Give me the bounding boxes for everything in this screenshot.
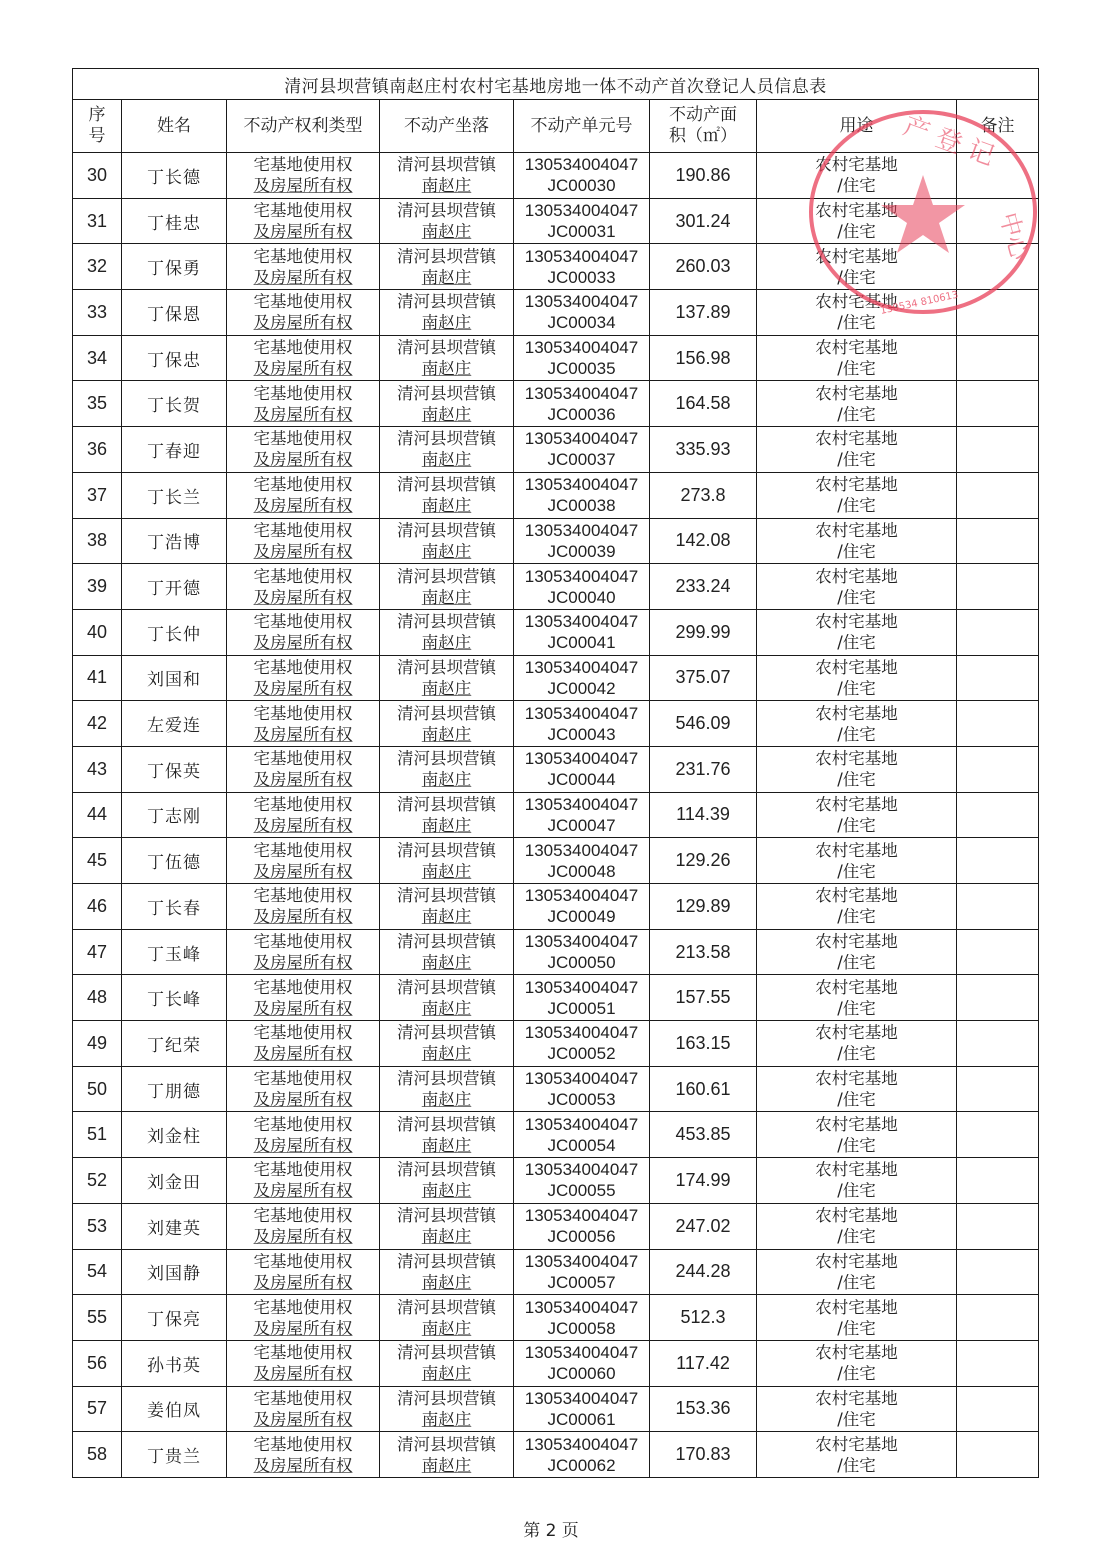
cell-right-type: 宅基地使用权及房屋所有权 xyxy=(227,381,380,427)
cell-area: 164.58 xyxy=(650,381,757,427)
cell-area: 335.93 xyxy=(650,427,757,473)
cell-seq: 48 xyxy=(73,975,122,1021)
cell-use: 农村宅基地/住宅 xyxy=(757,1112,957,1158)
header-row: 序 号 姓名 不动产权利类型 不动产坐落 不动产单元号 不动产面 积（㎡） 用途… xyxy=(73,100,1039,153)
cell-name: 丁长春 xyxy=(122,884,227,930)
cell-note xyxy=(957,1295,1039,1341)
cell-unit-no: 130534004047JC00062 xyxy=(514,1432,650,1478)
table-row: 44丁志刚宅基地使用权及房屋所有权清河县坝营镇南赵庄130534004047JC… xyxy=(73,792,1039,838)
cell-unit-no: 130534004047JC00033 xyxy=(514,244,650,290)
cell-area: 114.39 xyxy=(650,792,757,838)
cell-name: 丁朋德 xyxy=(122,1066,227,1112)
cell-location: 清河县坝营镇南赵庄 xyxy=(380,655,514,701)
cell-right-type: 宅基地使用权及房屋所有权 xyxy=(227,153,380,199)
cell-use: 农村宅基地/住宅 xyxy=(757,290,957,336)
cell-unit-no: 130534004047JC00040 xyxy=(514,564,650,610)
cell-seq: 36 xyxy=(73,427,122,473)
cell-seq: 38 xyxy=(73,518,122,564)
cell-use: 农村宅基地/住宅 xyxy=(757,929,957,975)
cell-right-type: 宅基地使用权及房屋所有权 xyxy=(227,1340,380,1386)
table-row: 38丁浩博宅基地使用权及房屋所有权清河县坝营镇南赵庄130534004047JC… xyxy=(73,518,1039,564)
cell-name: 丁浩博 xyxy=(122,518,227,564)
cell-area: 375.07 xyxy=(650,655,757,701)
cell-area: 117.42 xyxy=(650,1340,757,1386)
cell-unit-no: 130534004047JC00051 xyxy=(514,975,650,1021)
table-row: 36丁春迎宅基地使用权及房屋所有权清河县坝营镇南赵庄130534004047JC… xyxy=(73,427,1039,473)
cell-name: 丁玉峰 xyxy=(122,929,227,975)
cell-area: 174.99 xyxy=(650,1158,757,1204)
table-row: 42左爱连宅基地使用权及房屋所有权清河县坝营镇南赵庄130534004047JC… xyxy=(73,701,1039,747)
table-row: 54刘国静宅基地使用权及房屋所有权清河县坝营镇南赵庄130534004047JC… xyxy=(73,1249,1039,1295)
table-row: 49丁纪荣宅基地使用权及房屋所有权清河县坝营镇南赵庄130534004047JC… xyxy=(73,1021,1039,1067)
cell-note xyxy=(957,1386,1039,1432)
cell-note xyxy=(957,929,1039,975)
cell-location: 清河县坝营镇南赵庄 xyxy=(380,381,514,427)
cell-unit-no: 130534004047JC00043 xyxy=(514,701,650,747)
cell-note xyxy=(957,701,1039,747)
cell-area: 512.3 xyxy=(650,1295,757,1341)
cell-seq: 53 xyxy=(73,1203,122,1249)
cell-location: 清河县坝营镇南赵庄 xyxy=(380,427,514,473)
cell-use: 农村宅基地/住宅 xyxy=(757,1158,957,1204)
cell-note xyxy=(957,655,1039,701)
table-row: 34丁保忠宅基地使用权及房屋所有权清河县坝营镇南赵庄130534004047JC… xyxy=(73,335,1039,381)
cell-use: 农村宅基地/住宅 xyxy=(757,701,957,747)
cell-area: 142.08 xyxy=(650,518,757,564)
table-row: 52刘金田宅基地使用权及房屋所有权清河县坝营镇南赵庄130534004047JC… xyxy=(73,1158,1039,1204)
cell-seq: 41 xyxy=(73,655,122,701)
cell-name: 刘建英 xyxy=(122,1203,227,1249)
document-sheet: 清河县坝营镇南赵庄村农村宅基地房地一体不动产首次登记人员信息表 序 号 姓名 不… xyxy=(72,68,1038,1478)
cell-right-type: 宅基地使用权及房屋所有权 xyxy=(227,609,380,655)
cell-unit-no: 130534004047JC00050 xyxy=(514,929,650,975)
cell-location: 清河县坝营镇南赵庄 xyxy=(380,1386,514,1432)
cell-area: 301.24 xyxy=(650,198,757,244)
cell-area: 129.89 xyxy=(650,884,757,930)
cell-seq: 30 xyxy=(73,153,122,199)
cell-note xyxy=(957,1340,1039,1386)
cell-name: 刘国静 xyxy=(122,1249,227,1295)
cell-note xyxy=(957,1203,1039,1249)
cell-right-type: 宅基地使用权及房屋所有权 xyxy=(227,198,380,244)
cell-unit-no: 130534004047JC00037 xyxy=(514,427,650,473)
cell-use: 农村宅基地/住宅 xyxy=(757,655,957,701)
cell-unit-no: 130534004047JC00054 xyxy=(514,1112,650,1158)
cell-location: 清河县坝营镇南赵庄 xyxy=(380,838,514,884)
cell-location: 清河县坝营镇南赵庄 xyxy=(380,1203,514,1249)
table-row: 48丁长峰宅基地使用权及房屋所有权清河县坝营镇南赵庄130534004047JC… xyxy=(73,975,1039,1021)
cell-location: 清河县坝营镇南赵庄 xyxy=(380,1021,514,1067)
cell-area: 163.15 xyxy=(650,1021,757,1067)
cell-name: 丁保勇 xyxy=(122,244,227,290)
cell-right-type: 宅基地使用权及房屋所有权 xyxy=(227,1386,380,1432)
cell-note xyxy=(957,609,1039,655)
cell-area: 156.98 xyxy=(650,335,757,381)
table-row: 45丁伍德宅基地使用权及房屋所有权清河县坝营镇南赵庄130534004047JC… xyxy=(73,838,1039,884)
cell-seq: 44 xyxy=(73,792,122,838)
cell-right-type: 宅基地使用权及房屋所有权 xyxy=(227,838,380,884)
cell-right-type: 宅基地使用权及房屋所有权 xyxy=(227,335,380,381)
cell-right-type: 宅基地使用权及房屋所有权 xyxy=(227,472,380,518)
cell-use: 农村宅基地/住宅 xyxy=(757,1203,957,1249)
registration-table: 清河县坝营镇南赵庄村农村宅基地房地一体不动产首次登记人员信息表 序 号 姓名 不… xyxy=(72,68,1039,1478)
cell-right-type: 宅基地使用权及房屋所有权 xyxy=(227,1249,380,1295)
cell-unit-no: 130534004047JC00031 xyxy=(514,198,650,244)
cell-unit-no: 130534004047JC00044 xyxy=(514,746,650,792)
cell-seq: 57 xyxy=(73,1386,122,1432)
table-row: 57姜伯凤宅基地使用权及房屋所有权清河县坝营镇南赵庄130534004047JC… xyxy=(73,1386,1039,1432)
cell-unit-no: 130534004047JC00047 xyxy=(514,792,650,838)
table-row: 55丁保亮宅基地使用权及房屋所有权清河县坝营镇南赵庄130534004047JC… xyxy=(73,1295,1039,1341)
cell-area: 157.55 xyxy=(650,975,757,1021)
header-name: 姓名 xyxy=(122,100,227,153)
cell-unit-no: 130534004047JC00052 xyxy=(514,1021,650,1067)
cell-seq: 33 xyxy=(73,290,122,336)
cell-right-type: 宅基地使用权及房屋所有权 xyxy=(227,655,380,701)
cell-use: 农村宅基地/住宅 xyxy=(757,975,957,1021)
cell-location: 清河县坝营镇南赵庄 xyxy=(380,290,514,336)
cell-name: 丁春迎 xyxy=(122,427,227,473)
cell-seq: 52 xyxy=(73,1158,122,1204)
cell-note xyxy=(957,381,1039,427)
cell-area: 137.89 xyxy=(650,290,757,336)
cell-location: 清河县坝营镇南赵庄 xyxy=(380,1066,514,1112)
table-row: 43丁保英宅基地使用权及房屋所有权清河县坝营镇南赵庄130534004047JC… xyxy=(73,746,1039,792)
cell-right-type: 宅基地使用权及房屋所有权 xyxy=(227,1432,380,1478)
cell-right-type: 宅基地使用权及房屋所有权 xyxy=(227,701,380,747)
cell-seq: 50 xyxy=(73,1066,122,1112)
cell-use: 农村宅基地/住宅 xyxy=(757,1386,957,1432)
cell-unit-no: 130534004047JC00058 xyxy=(514,1295,650,1341)
cell-seq: 40 xyxy=(73,609,122,655)
cell-name: 姜伯凤 xyxy=(122,1386,227,1432)
cell-name: 丁保忠 xyxy=(122,335,227,381)
cell-name: 刘金田 xyxy=(122,1158,227,1204)
header-seq: 序 号 xyxy=(73,100,122,153)
cell-location: 清河县坝营镇南赵庄 xyxy=(380,884,514,930)
cell-right-type: 宅基地使用权及房屋所有权 xyxy=(227,1021,380,1067)
table-row: 40丁长仲宅基地使用权及房屋所有权清河县坝营镇南赵庄130534004047JC… xyxy=(73,609,1039,655)
cell-unit-no: 130534004047JC00039 xyxy=(514,518,650,564)
cell-area: 233.24 xyxy=(650,564,757,610)
cell-right-type: 宅基地使用权及房屋所有权 xyxy=(227,1112,380,1158)
cell-unit-no: 130534004047JC00055 xyxy=(514,1158,650,1204)
cell-location: 清河县坝营镇南赵庄 xyxy=(380,244,514,290)
cell-area: 231.76 xyxy=(650,746,757,792)
cell-name: 丁开德 xyxy=(122,564,227,610)
cell-seq: 58 xyxy=(73,1432,122,1478)
cell-area: 273.8 xyxy=(650,472,757,518)
cell-name: 丁长峰 xyxy=(122,975,227,1021)
cell-seq: 55 xyxy=(73,1295,122,1341)
cell-right-type: 宅基地使用权及房屋所有权 xyxy=(227,518,380,564)
cell-area: 546.09 xyxy=(650,701,757,747)
cell-location: 清河县坝营镇南赵庄 xyxy=(380,1295,514,1341)
cell-area: 213.58 xyxy=(650,929,757,975)
cell-name: 丁志刚 xyxy=(122,792,227,838)
cell-seq: 49 xyxy=(73,1021,122,1067)
cell-use: 农村宅基地/住宅 xyxy=(757,792,957,838)
cell-seq: 37 xyxy=(73,472,122,518)
cell-area: 299.99 xyxy=(650,609,757,655)
cell-note xyxy=(957,244,1039,290)
cell-right-type: 宅基地使用权及房屋所有权 xyxy=(227,427,380,473)
cell-name: 丁纪荣 xyxy=(122,1021,227,1067)
cell-unit-no: 130534004047JC00060 xyxy=(514,1340,650,1386)
cell-note xyxy=(957,427,1039,473)
cell-name: 丁长德 xyxy=(122,153,227,199)
cell-unit-no: 130534004047JC00036 xyxy=(514,381,650,427)
cell-area: 260.03 xyxy=(650,244,757,290)
cell-name: 左爱连 xyxy=(122,701,227,747)
cell-right-type: 宅基地使用权及房屋所有权 xyxy=(227,792,380,838)
cell-note xyxy=(957,153,1039,199)
header-note: 备注 xyxy=(957,100,1039,153)
cell-note xyxy=(957,1158,1039,1204)
cell-right-type: 宅基地使用权及房屋所有权 xyxy=(227,1066,380,1112)
cell-note xyxy=(957,472,1039,518)
header-location: 不动产坐落 xyxy=(380,100,514,153)
cell-seq: 43 xyxy=(73,746,122,792)
table-row: 37丁长兰宅基地使用权及房屋所有权清河县坝营镇南赵庄130534004047JC… xyxy=(73,472,1039,518)
table-row: 33丁保恩宅基地使用权及房屋所有权清河县坝营镇南赵庄130534004047JC… xyxy=(73,290,1039,336)
cell-unit-no: 130534004047JC00035 xyxy=(514,335,650,381)
cell-note xyxy=(957,564,1039,610)
cell-use: 农村宅基地/住宅 xyxy=(757,244,957,290)
cell-location: 清河县坝营镇南赵庄 xyxy=(380,1112,514,1158)
cell-use: 农村宅基地/住宅 xyxy=(757,838,957,884)
cell-name: 丁保恩 xyxy=(122,290,227,336)
cell-unit-no: 130534004047JC00049 xyxy=(514,884,650,930)
cell-area: 190.86 xyxy=(650,153,757,199)
header-area: 不动产面 积（㎡） xyxy=(650,100,757,153)
table-body: 30丁长德宅基地使用权及房屋所有权清河县坝营镇南赵庄130534004047JC… xyxy=(73,153,1039,1478)
cell-seq: 46 xyxy=(73,884,122,930)
table-row: 46丁长春宅基地使用权及房屋所有权清河县坝营镇南赵庄130534004047JC… xyxy=(73,884,1039,930)
table-row: 31丁桂忠宅基地使用权及房屋所有权清河县坝营镇南赵庄130534004047JC… xyxy=(73,198,1039,244)
cell-area: 170.83 xyxy=(650,1432,757,1478)
table-row: 35丁长贺宅基地使用权及房屋所有权清河县坝营镇南赵庄130534004047JC… xyxy=(73,381,1039,427)
cell-unit-no: 130534004047JC00038 xyxy=(514,472,650,518)
cell-location: 清河县坝营镇南赵庄 xyxy=(380,335,514,381)
cell-name: 丁保亮 xyxy=(122,1295,227,1341)
cell-use: 农村宅基地/住宅 xyxy=(757,1340,957,1386)
cell-location: 清河县坝营镇南赵庄 xyxy=(380,472,514,518)
cell-use: 农村宅基地/住宅 xyxy=(757,518,957,564)
table-row: 53刘建英宅基地使用权及房屋所有权清河县坝营镇南赵庄130534004047JC… xyxy=(73,1203,1039,1249)
table-row: 58丁贵兰宅基地使用权及房屋所有权清河县坝营镇南赵庄130534004047JC… xyxy=(73,1432,1039,1478)
cell-area: 247.02 xyxy=(650,1203,757,1249)
table-row: 39丁开德宅基地使用权及房屋所有权清河县坝营镇南赵庄130534004047JC… xyxy=(73,564,1039,610)
cell-location: 清河县坝营镇南赵庄 xyxy=(380,746,514,792)
cell-right-type: 宅基地使用权及房屋所有权 xyxy=(227,1295,380,1341)
cell-location: 清河县坝营镇南赵庄 xyxy=(380,1158,514,1204)
table-row: 41刘国和宅基地使用权及房屋所有权清河县坝营镇南赵庄130534004047JC… xyxy=(73,655,1039,701)
cell-name: 丁长仲 xyxy=(122,609,227,655)
cell-unit-no: 130534004047JC00056 xyxy=(514,1203,650,1249)
header-use: 用途 xyxy=(757,100,957,153)
cell-use: 农村宅基地/住宅 xyxy=(757,746,957,792)
cell-note xyxy=(957,1249,1039,1295)
cell-seq: 34 xyxy=(73,335,122,381)
cell-note xyxy=(957,1112,1039,1158)
cell-note xyxy=(957,1021,1039,1067)
cell-location: 清河县坝营镇南赵庄 xyxy=(380,564,514,610)
cell-note xyxy=(957,290,1039,336)
table-row: 47丁玉峰宅基地使用权及房屋所有权清河县坝营镇南赵庄130534004047JC… xyxy=(73,929,1039,975)
cell-location: 清河县坝营镇南赵庄 xyxy=(380,153,514,199)
cell-unit-no: 130534004047JC00048 xyxy=(514,838,650,884)
cell-note xyxy=(957,1066,1039,1112)
table-row: 51刘金柱宅基地使用权及房屋所有权清河县坝营镇南赵庄130534004047JC… xyxy=(73,1112,1039,1158)
cell-right-type: 宅基地使用权及房屋所有权 xyxy=(227,884,380,930)
cell-location: 清河县坝营镇南赵庄 xyxy=(380,1249,514,1295)
header-unit-no: 不动产单元号 xyxy=(514,100,650,153)
table-row: 56孙书英宅基地使用权及房屋所有权清河县坝营镇南赵庄130534004047JC… xyxy=(73,1340,1039,1386)
cell-location: 清河县坝营镇南赵庄 xyxy=(380,518,514,564)
cell-seq: 31 xyxy=(73,198,122,244)
cell-name: 丁伍德 xyxy=(122,838,227,884)
cell-use: 农村宅基地/住宅 xyxy=(757,1432,957,1478)
cell-name: 刘国和 xyxy=(122,655,227,701)
cell-right-type: 宅基地使用权及房屋所有权 xyxy=(227,1203,380,1249)
cell-seq: 42 xyxy=(73,701,122,747)
cell-unit-no: 130534004047JC00061 xyxy=(514,1386,650,1432)
cell-name: 丁长贺 xyxy=(122,381,227,427)
cell-use: 农村宅基地/住宅 xyxy=(757,198,957,244)
cell-unit-no: 130534004047JC00034 xyxy=(514,290,650,336)
cell-note xyxy=(957,838,1039,884)
cell-right-type: 宅基地使用权及房屋所有权 xyxy=(227,746,380,792)
cell-area: 153.36 xyxy=(650,1386,757,1432)
cell-right-type: 宅基地使用权及房屋所有权 xyxy=(227,1158,380,1204)
cell-area: 129.26 xyxy=(650,838,757,884)
cell-seq: 54 xyxy=(73,1249,122,1295)
cell-use: 农村宅基地/住宅 xyxy=(757,609,957,655)
cell-note xyxy=(957,335,1039,381)
cell-right-type: 宅基地使用权及房屋所有权 xyxy=(227,975,380,1021)
cell-unit-no: 130534004047JC00041 xyxy=(514,609,650,655)
cell-use: 农村宅基地/住宅 xyxy=(757,1249,957,1295)
cell-location: 清河县坝营镇南赵庄 xyxy=(380,975,514,1021)
cell-note xyxy=(957,975,1039,1021)
table-row: 30丁长德宅基地使用权及房屋所有权清河县坝营镇南赵庄130534004047JC… xyxy=(73,153,1039,199)
cell-name: 丁保英 xyxy=(122,746,227,792)
cell-use: 农村宅基地/住宅 xyxy=(757,427,957,473)
cell-area: 160.61 xyxy=(650,1066,757,1112)
table-row: 50丁朋德宅基地使用权及房屋所有权清河县坝营镇南赵庄130534004047JC… xyxy=(73,1066,1039,1112)
cell-location: 清河县坝营镇南赵庄 xyxy=(380,929,514,975)
page-number: 第 2 页 xyxy=(0,1516,1102,1541)
cell-seq: 51 xyxy=(73,1112,122,1158)
table-title: 清河县坝营镇南赵庄村农村宅基地房地一体不动产首次登记人员信息表 xyxy=(73,69,1039,100)
cell-name: 丁贵兰 xyxy=(122,1432,227,1478)
cell-seq: 39 xyxy=(73,564,122,610)
cell-note xyxy=(957,1432,1039,1478)
cell-unit-no: 130534004047JC00042 xyxy=(514,655,650,701)
cell-name: 刘金柱 xyxy=(122,1112,227,1158)
cell-right-type: 宅基地使用权及房屋所有权 xyxy=(227,290,380,336)
cell-location: 清河县坝营镇南赵庄 xyxy=(380,1432,514,1478)
cell-area: 453.85 xyxy=(650,1112,757,1158)
cell-seq: 47 xyxy=(73,929,122,975)
cell-right-type: 宅基地使用权及房屋所有权 xyxy=(227,244,380,290)
cell-location: 清河县坝营镇南赵庄 xyxy=(380,198,514,244)
cell-note xyxy=(957,884,1039,930)
cell-name: 丁桂忠 xyxy=(122,198,227,244)
cell-unit-no: 130534004047JC00057 xyxy=(514,1249,650,1295)
cell-seq: 56 xyxy=(73,1340,122,1386)
cell-use: 农村宅基地/住宅 xyxy=(757,1295,957,1341)
cell-use: 农村宅基地/住宅 xyxy=(757,472,957,518)
cell-note xyxy=(957,746,1039,792)
cell-unit-no: 130534004047JC00030 xyxy=(514,153,650,199)
cell-note xyxy=(957,792,1039,838)
cell-right-type: 宅基地使用权及房屋所有权 xyxy=(227,929,380,975)
cell-seq: 32 xyxy=(73,244,122,290)
cell-location: 清河县坝营镇南赵庄 xyxy=(380,701,514,747)
table-row: 32丁保勇宅基地使用权及房屋所有权清河县坝营镇南赵庄130534004047JC… xyxy=(73,244,1039,290)
cell-area: 244.28 xyxy=(650,1249,757,1295)
cell-location: 清河县坝营镇南赵庄 xyxy=(380,792,514,838)
cell-right-type: 宅基地使用权及房屋所有权 xyxy=(227,564,380,610)
cell-location: 清河县坝营镇南赵庄 xyxy=(380,1340,514,1386)
cell-unit-no: 130534004047JC00053 xyxy=(514,1066,650,1112)
cell-name: 孙书英 xyxy=(122,1340,227,1386)
cell-name: 丁长兰 xyxy=(122,472,227,518)
cell-seq: 45 xyxy=(73,838,122,884)
cell-use: 农村宅基地/住宅 xyxy=(757,381,957,427)
cell-location: 清河县坝营镇南赵庄 xyxy=(380,609,514,655)
cell-use: 农村宅基地/住宅 xyxy=(757,153,957,199)
cell-use: 农村宅基地/住宅 xyxy=(757,1066,957,1112)
cell-note xyxy=(957,198,1039,244)
header-right-type: 不动产权利类型 xyxy=(227,100,380,153)
cell-seq: 35 xyxy=(73,381,122,427)
cell-note xyxy=(957,518,1039,564)
cell-use: 农村宅基地/住宅 xyxy=(757,335,957,381)
cell-use: 农村宅基地/住宅 xyxy=(757,884,957,930)
cell-use: 农村宅基地/住宅 xyxy=(757,1021,957,1067)
cell-use: 农村宅基地/住宅 xyxy=(757,564,957,610)
